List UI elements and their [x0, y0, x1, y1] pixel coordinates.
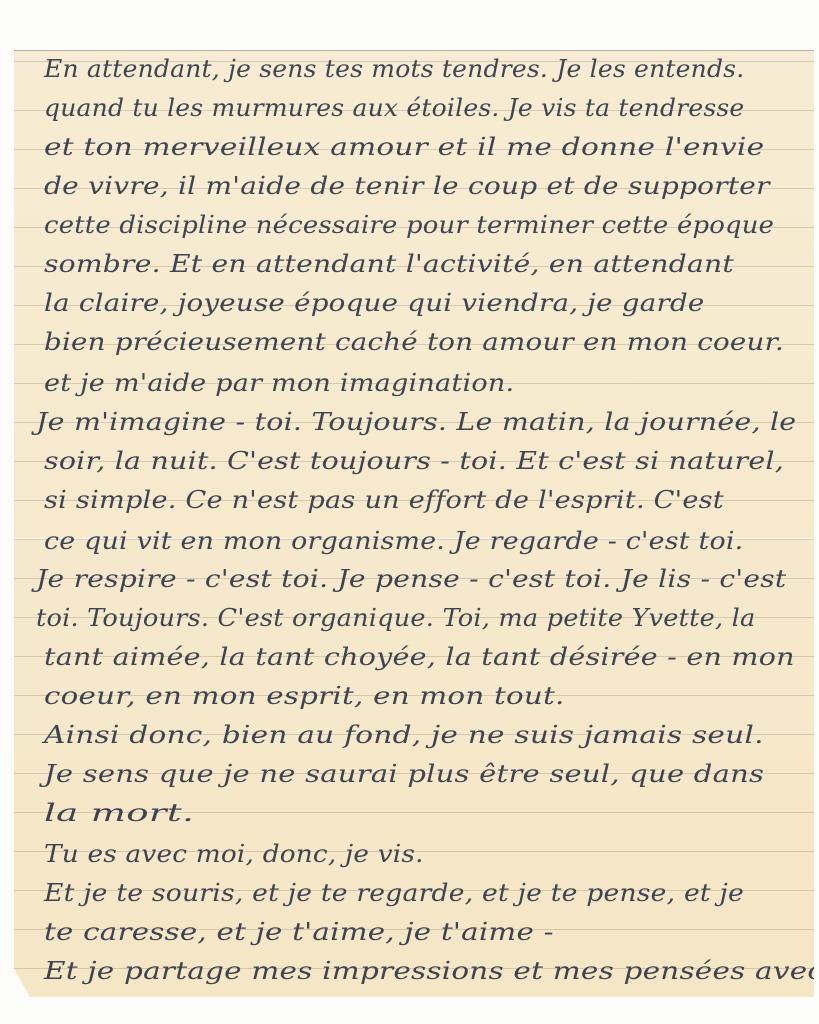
text-line: Je m'imagine - toi. Toujours. Le matin, … — [36, 408, 796, 436]
text-line: Tu es avec moi, donc, je vis. — [44, 840, 424, 868]
text-line: Je sens que je ne saurai plus être seul,… — [44, 760, 764, 788]
text-line: de vivre, il m'aide de tenir le coup et … — [44, 172, 770, 200]
text-line: quand tu les murmures aux étoiles. Je vi… — [44, 94, 744, 122]
text-line: Et je partage mes impressions et mes pen… — [44, 957, 819, 985]
text-line: Je respire - c'est toi. Je pense - c'est… — [36, 565, 786, 593]
text-line: la claire, joyeuse époque qui viendra, j… — [44, 289, 705, 317]
text-line: sombre. Et en attendant l'activité, en a… — [44, 250, 734, 278]
text-line: si simple. Ce n'est pas un effort de l'e… — [44, 486, 724, 514]
text-line: la mort. — [44, 799, 194, 827]
text-line: te caresse, et je t'aime, je t'aime - — [44, 918, 554, 946]
text-line: Ainsi donc, bien au fond, je ne suis jam… — [44, 721, 764, 749]
letter-paper: En attendant, je sens tes mots tendres. … — [14, 50, 814, 997]
text-line: et ton merveilleux amour et il me donne … — [44, 133, 764, 161]
text-line: toi. Toujours. C'est organique. Toi, ma … — [36, 604, 755, 632]
text-line: tant aimée, la tant choyée, la tant dési… — [44, 643, 795, 671]
text-line: et je m'aide par mon imagination. — [44, 369, 514, 397]
text-line: soir, la nuit. C'est toujours - toi. Et … — [44, 447, 784, 475]
scanned-page: En attendant, je sens tes mots tendres. … — [0, 0, 819, 1024]
text-line: coeur, en mon esprit, en mon tout. — [44, 682, 565, 710]
text-line: Et je te souris, et je te regarde, et je… — [44, 879, 744, 907]
text-line: ce qui vit en mon organisme. Je regarde … — [44, 527, 743, 555]
text-line: cette discipline nécessaire pour termine… — [44, 211, 774, 239]
text-line: En attendant, je sens tes mots tendres. … — [44, 55, 744, 83]
text-line: bien précieusement caché ton amour en mo… — [44, 328, 784, 356]
